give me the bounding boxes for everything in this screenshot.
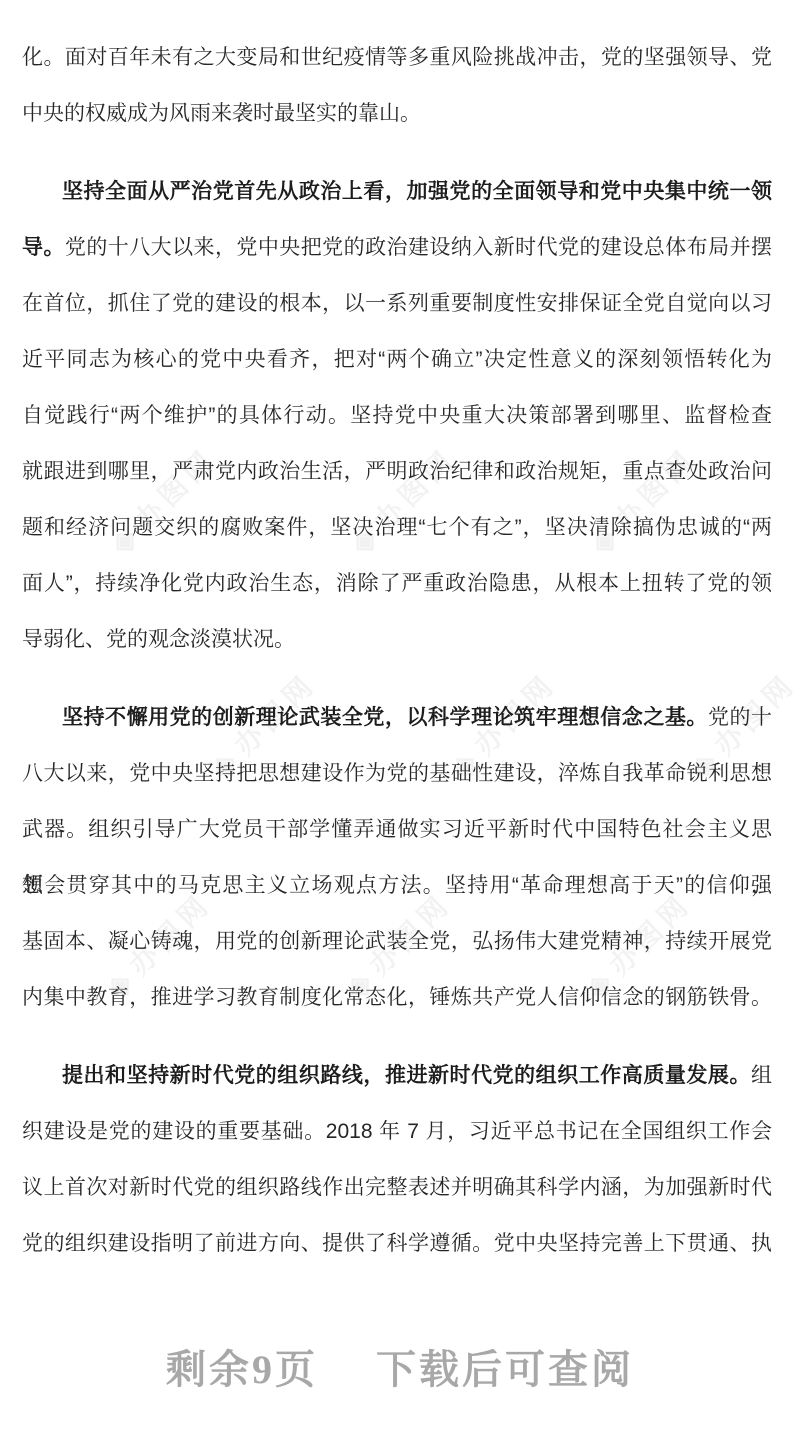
text-line: 议上首次对新时代党的组织路线作出完整表述并明确其科学内涵，为加强新时代 (22, 1160, 772, 1216)
text-segment: 化。面对百年未有之大变局和世纪疫情等多重风险挑战冲击，党的坚强领导、党 (22, 46, 772, 69)
text-segment: 八大以来，党中央坚持把思想建设作为党的基础性建设，淬炼自我革命锐利思想 (22, 762, 772, 785)
text-line: 内集中教育，推进学习教育制度化常态化，锤炼共产党人信仰信念的钢筋铁骨。 (22, 970, 772, 1026)
text-segment: 近平同志为核心的党中央看齐，把对“两个确立”决定性意义的深刻领悟转化为 (22, 348, 772, 371)
pages-remaining-text: 剩余9页 (166, 1347, 318, 1392)
text-line: 在首位，抓住了党的建设的根本，以一系列重要制度性安排保证全党自觉向以习 (22, 276, 772, 332)
text-segment: 导弱化、党的观念淡漠状况。 (22, 628, 295, 651)
text-line: 自觉践行“两个维护”的具体行动。坚持党中央重大决策部署到哪里、监督检查 (22, 388, 772, 444)
bold-text-segment: 提出和坚持新时代党的组织路线，推进新时代党的组织工作高质量发展。 (62, 1064, 751, 1087)
text-line: 题和经济问题交织的腐败案件，坚决治理“七个有之”，坚决清除搞伪忠诚的“两 (22, 500, 772, 556)
paragraph: 坚持全面从严治党首先从政治上看，加强党的全面领导和党中央集中统一领导。党的十八大… (22, 164, 772, 668)
preview-footer: 剩余9页下载后可查阅 (0, 1342, 800, 1398)
text-line: 坚持不懈用党的创新理论武装全党，以科学理论筑牢理想信念之基。党的十 (22, 690, 772, 746)
bold-text-segment: 坚持不懈用党的创新理论武装全党，以科学理论筑牢理想信念之基。 (62, 706, 708, 729)
text-line: 化。面对百年未有之大变局和世纪疫情等多重风险挑战冲击，党的坚强领导、党 (22, 30, 772, 86)
text-line: 基固本、凝心铸魂，用党的创新理论武装全党，弘扬伟大建党精神，持续开展党 (22, 914, 772, 970)
text-segment: 面人”，持续净化党内政治生态，消除了严重政治隐患，从根本上扭转了党的领 (22, 572, 772, 595)
document-preview-page: ◈办图网◈办图网◈办图网◈办图网◈办图网◈办图网◈办图网◈办图网◈办图网 化。面… (0, 0, 800, 1451)
text-line: 导。党的十八大以来，党中央把党的政治建设纳入新时代党的建设总体布局并摆 (22, 220, 772, 276)
text-segment: 中央的权威成为风雨来袭时最坚实的靠山。 (22, 102, 421, 125)
text-line: 党的组织建设指明了前进方向、提供了科学遵循。党中央坚持完善上下贯通、执 (22, 1216, 772, 1272)
text-line: 织建设是党的建设的重要基础。2018 年 7 月，习近平总书记在全国组织工作会 (22, 1104, 772, 1160)
text-line: 近平同志为核心的党中央看齐，把对“两个确立”决定性意义的深刻领悟转化为 (22, 332, 772, 388)
text-segment: 党的十八大以来，党中央把党的政治建设纳入新时代党的建设总体布局并摆 (65, 236, 772, 259)
text-line: 武器。组织引导广大党员干部学懂弄通做实习近平新时代中国特色社会主义思想， (22, 802, 772, 858)
text-segment: 织建设是党的建设的重要基础。2018 年 7 月，习近平总书记在全国组织工作会 (22, 1120, 772, 1143)
document-body: 化。面对百年未有之大变局和世纪疫情等多重风险挑战冲击，党的坚强领导、党中央的权威… (0, 0, 800, 1272)
text-line: 领会贯穿其中的马克思主义立场观点方法。坚持用“革命理想高于天”的信仰强 (22, 858, 772, 914)
text-segment: 组 (751, 1064, 772, 1087)
paragraph: 化。面对百年未有之大变局和世纪疫情等多重风险挑战冲击，党的坚强领导、党中央的权威… (22, 30, 772, 142)
bold-text-segment: 坚持全面从严治党首先从政治上看，加强党的全面领导和党中央集中统一领 (62, 180, 772, 203)
text-segment: 议上首次对新时代党的组织路线作出完整表述并明确其科学内涵，为加强新时代 (22, 1176, 772, 1199)
text-segment: 就跟进到哪里，严肃党内政治生活，严明政治纪律和政治规矩，重点查处政治问 (22, 460, 772, 483)
text-line: 提出和坚持新时代党的组织路线，推进新时代党的组织工作高质量发展。组 (22, 1048, 772, 1104)
paragraph: 坚持不懈用党的创新理论武装全党，以科学理论筑牢理想信念之基。党的十八大以来，党中… (22, 690, 772, 1026)
text-line: 坚持全面从严治党首先从政治上看，加强党的全面领导和党中央集中统一领 (22, 164, 772, 220)
download-hint-text: 下载后可查阅 (376, 1347, 634, 1392)
text-segment: 基固本、凝心铸魂，用党的创新理论武装全党，弘扬伟大建党精神，持续开展党 (22, 930, 772, 953)
text-line: 中央的权威成为风雨来袭时最坚实的靠山。 (22, 86, 772, 142)
bold-text-segment: 导。 (22, 236, 65, 259)
text-segment: 党的十 (708, 706, 772, 729)
text-line: 就跟进到哪里，严肃党内政治生活，严明政治纪律和政治规矩，重点查处政治问 (22, 444, 772, 500)
text-segment: 自觉践行“两个维护”的具体行动。坚持党中央重大决策部署到哪里、监督检查 (22, 404, 772, 427)
paragraph: 提出和坚持新时代党的组织路线，推进新时代党的组织工作高质量发展。组织建设是党的建… (22, 1048, 772, 1272)
text-segment: 内集中教育，推进学习教育制度化常态化，锤炼共产党人信仰信念的钢筋铁骨。 (22, 986, 772, 1009)
text-segment: 领会贯穿其中的马克思主义立场观点方法。坚持用“革命理想高于天”的信仰强 (22, 874, 772, 897)
text-segment: 党的组织建设指明了前进方向、提供了科学遵循。党中央坚持完善上下贯通、执 (22, 1232, 772, 1255)
text-line: 面人”，持续净化党内政治生态，消除了严重政治隐患，从根本上扭转了党的领 (22, 556, 772, 612)
text-line: 导弱化、党的观念淡漠状况。 (22, 612, 772, 668)
text-line: 八大以来，党中央坚持把思想建设作为党的基础性建设，淬炼自我革命锐利思想 (22, 746, 772, 802)
text-segment: 在首位，抓住了党的建设的根本，以一系列重要制度性安排保证全党自觉向以习 (22, 292, 772, 315)
text-segment: 题和经济问题交织的腐败案件，坚决治理“七个有之”，坚决清除搞伪忠诚的“两 (22, 516, 772, 539)
